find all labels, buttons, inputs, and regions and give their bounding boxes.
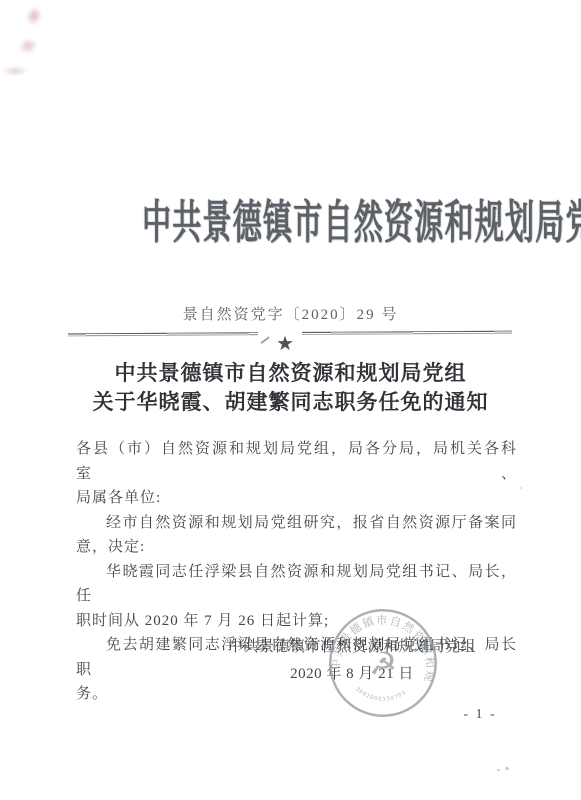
body-line: 局属各单位: bbox=[76, 486, 517, 511]
rule-line-right bbox=[302, 331, 512, 335]
pen-tick-mark bbox=[261, 337, 270, 344]
scan-speck bbox=[520, 487, 522, 489]
ink-smudge bbox=[16, 36, 39, 57]
body-line: 职时间从 2020 年 7 月 26 日起计算; bbox=[76, 609, 517, 634]
body-line: 各县（市）自然资源和规划局党组，局各分局，局机关各科室、 bbox=[76, 437, 517, 486]
signature-block: 中共景德镇市自然资源和规划局党组 2020 年 8 月 21 日 bbox=[212, 634, 492, 688]
rule-line-left bbox=[68, 332, 258, 336]
body-line: 经市自然资源和规划局党组研究，报省自然资源厅备案同 bbox=[76, 511, 517, 536]
ink-smudge bbox=[2, 66, 28, 76]
body-line: 华晓霞同志任浮梁县自然资源和规划局党组书记、局长，任 bbox=[76, 560, 517, 609]
document-title-line-1: 中共景德镇市自然资源和规划局党组 bbox=[0, 359, 581, 388]
scan-speck bbox=[505, 766, 510, 771]
signature-org: 中共景德镇市自然资源和规划局党组 bbox=[212, 634, 492, 661]
scan-speck bbox=[497, 769, 500, 771]
document-title: 中共景德镇市自然资源和规划局党组 关于华晓霞、胡建繁同志职务任免的通知 bbox=[0, 359, 581, 417]
star-icon: ★ bbox=[276, 333, 294, 353]
document-title-line-2: 关于华晓霞、胡建繁同志职务任免的通知 bbox=[0, 388, 581, 417]
document-number: 景自然资党字〔2020〕29 号 bbox=[0, 303, 581, 324]
page-number: - 1 - bbox=[448, 707, 512, 723]
letterhead-title-text: 中共景德镇市自然资源和规划局党组 bbox=[142, 186, 581, 252]
signature-date: 2020 年 8 月 21 日 bbox=[212, 661, 492, 688]
ink-smudge bbox=[23, 4, 45, 28]
divider-rule: ★ bbox=[68, 329, 512, 346]
letterhead-title: 中共景德镇市自然资源和规划局党组 bbox=[0, 186, 581, 252]
document-page: 中共景德镇市自然资源和规划局党组 景自然资党字〔2020〕29 号 ★ 中共景德… bbox=[0, 0, 581, 800]
body-line: 意，决定: bbox=[76, 535, 517, 560]
